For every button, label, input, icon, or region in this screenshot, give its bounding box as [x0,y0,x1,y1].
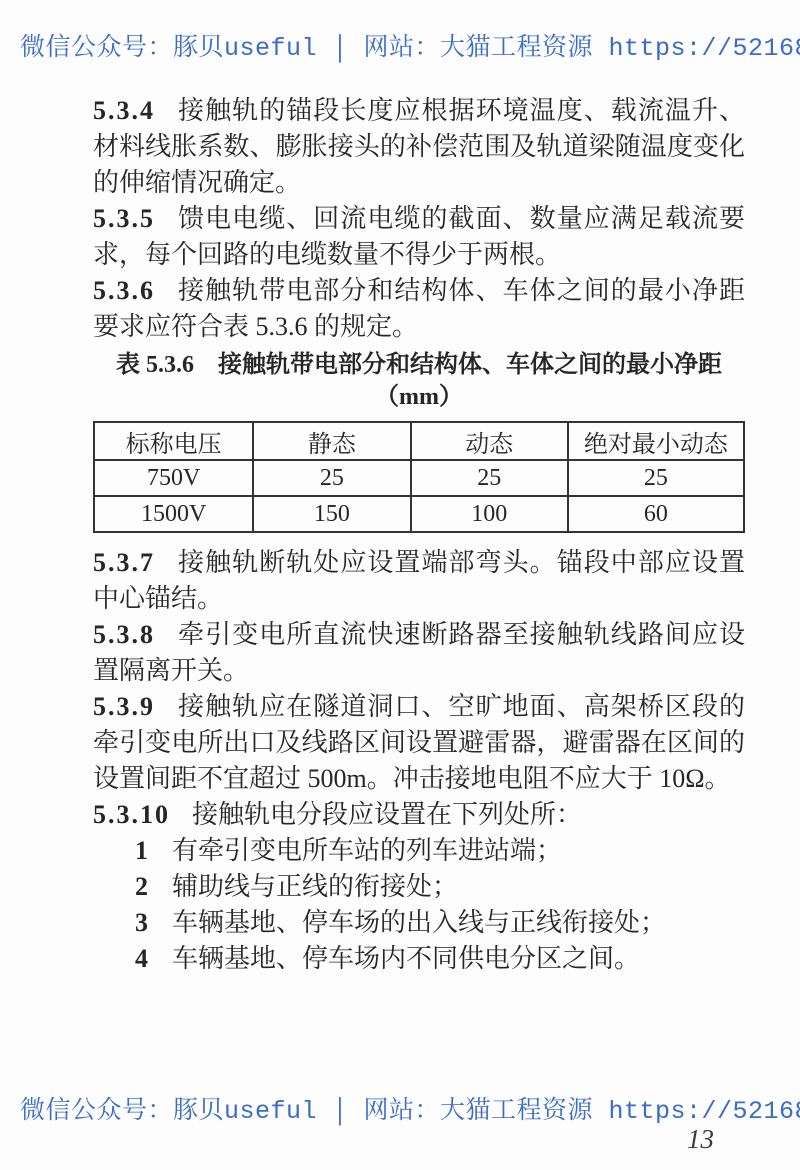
table-row: 750V 25 25 25 [94,460,744,496]
clause-text: 接触轨电分段应设置在下列处所： [192,800,582,829]
cell-dynamic: 25 [411,460,568,496]
clause-5-3-4: 5.3.4接触轨的锚段长度应根据环境温度、载流温升、材料线胀系数、膨胀接头的补偿… [93,93,745,201]
document-page: 微信公众号：豚贝useful │ 网站：大猫工程资源 https://52168… [0,0,800,1170]
clause-5-3-7: 5.3.7接触轨断轨处应设置端部弯头。锚段中部应设置中心锚结。 [93,545,745,617]
clause-number: 5.3.6 [93,276,155,305]
list-item-text: 辅助线与正线的衔接处； [172,872,458,901]
clause-number: 5.3.8 [93,620,155,649]
table-caption: 表 5.3.6 接触轨带电部分和结构体、车体之间的最小净距（mm） [93,349,745,413]
list-item-number: 2 [135,872,148,901]
list-item-text: 车辆基地、停车场的出入线与正线衔接处； [172,908,666,937]
col-header-voltage: 标称电压 [94,422,253,460]
list-item-3: 3车辆基地、停车场的出入线与正线衔接处； [93,905,745,941]
table-header-row: 标称电压 静态 动态 绝对最小动态 [94,422,744,460]
col-header-static: 静态 [253,422,410,460]
clause-text: 接触轨断轨处应设置端部弯头。锚段中部应设置中心锚结。 [93,548,745,613]
col-header-abs-min-dynamic: 绝对最小动态 [568,422,744,460]
clause-text: 接触轨应在隧道洞口、空旷地面、高架桥区段的牵引变电所出口及线路区间设置避雷器，避… [93,692,745,793]
clause-number: 5.3.10 [93,800,170,829]
clause-5-3-10: 5.3.10接触轨电分段应设置在下列处所： [93,797,745,833]
cell-voltage: 750V [94,460,253,496]
cell-static: 150 [253,496,410,532]
clause-5-3-8: 5.3.8牵引变电所直流快速断路器至接触轨线路间应设置隔离开关。 [93,617,745,689]
list-item-number: 3 [135,908,148,937]
list-item-text: 有牵引变电所车站的列车进站端； [172,836,562,865]
clause-text: 接触轨的锚段长度应根据环境温度、载流温升、材料线胀系数、膨胀接头的补偿范围及轨道… [93,96,745,197]
clause-5-3-6: 5.3.6接触轨带电部分和结构体、车体之间的最小净距要求应符合表 5.3.6 的… [93,273,745,345]
page-number: 13 [687,1124,714,1155]
clause-number: 5.3.9 [93,692,155,721]
clause-number: 5.3.5 [93,204,155,233]
list-item-1: 1有牵引变电所车站的列车进站端； [93,833,745,869]
col-header-dynamic: 动态 [411,422,568,460]
cell-dynamic: 100 [411,496,568,532]
clause-5-3-9: 5.3.9接触轨应在隧道洞口、空旷地面、高架桥区段的牵引变电所出口及线路区间设置… [93,689,745,797]
clause-text: 接触轨带电部分和结构体、车体之间的最小净距要求应符合表 5.3.6 的规定。 [93,276,745,341]
cell-abs-min-dynamic: 25 [568,460,744,496]
cell-static: 25 [253,460,410,496]
clause-5-3-5: 5.3.5馈电电缆、回流电缆的截面、数量应满足载流要求，每个回路的电缆数量不得少… [93,201,745,273]
watermark-footer: 微信公众号：豚贝useful │ 网站：大猫工程资源 https://52168… [20,1090,790,1126]
list-item-text: 车辆基地、停车场内不同供电分区之间。 [172,944,640,973]
clause-number: 5.3.4 [93,96,155,125]
list-item-4: 4车辆基地、停车场内不同供电分区之间。 [93,941,745,977]
list-item-number: 4 [135,944,148,973]
watermark-header: 微信公众号：豚贝useful │ 网站：大猫工程资源 https://52168… [20,27,790,63]
clause-text: 牵引变电所直流快速断路器至接触轨线路间应设置隔离开关。 [93,620,745,685]
document-body: 5.3.4接触轨的锚段长度应根据环境温度、载流温升、材料线胀系数、膨胀接头的补偿… [93,93,745,977]
cell-voltage: 1500V [94,496,253,532]
list-item-2: 2辅助线与正线的衔接处； [93,869,745,905]
cell-abs-min-dynamic: 60 [568,496,744,532]
list-item-number: 1 [135,836,148,865]
clearance-table: 标称电压 静态 动态 绝对最小动态 750V 25 25 25 1500V 15… [93,421,745,533]
clause-number: 5.3.7 [93,548,155,577]
clause-text: 馈电电缆、回流电缆的截面、数量应满足载流要求，每个回路的电缆数量不得少于两根。 [93,204,745,269]
table-row: 1500V 150 100 60 [94,496,744,532]
